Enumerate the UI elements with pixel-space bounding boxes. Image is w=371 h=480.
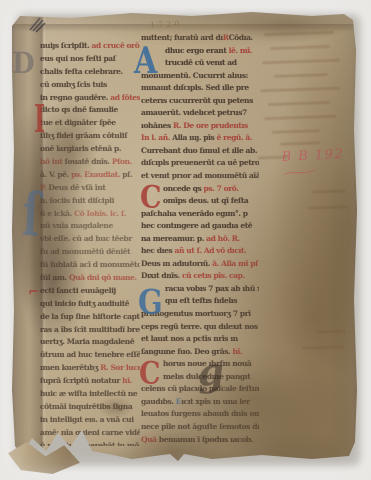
manuscript-line: Deus ın adıutorıū. ā. Alla mī pſ [141, 258, 259, 271]
shelfmark-flourish [282, 167, 316, 177]
manuscript-line: prımogenıtus mortuorʒ 7 prī [141, 308, 259, 321]
rubric-text: ps. 7 orō. [204, 184, 239, 193]
manuscript-line: hec dıes añ ut ſ. Ad vō dıcıt. [141, 245, 259, 258]
body-text: tue et dignāter ſpēe [40, 118, 116, 127]
rubric-text: R. Sor lucet. [100, 363, 140, 372]
text-column-left: nuiȷs ſcripſit. ad crucē orōeus qui nos … [40, 40, 140, 446]
body-text: hec contıngere ad gaudıa etē [141, 221, 252, 230]
manuscript-line: in intelligıt eıs. a vnā cui [40, 414, 140, 427]
manuscript-line: ūtrum ad huc tenebre eſſēt [40, 349, 140, 362]
rubric-text: ps. Exaudiat. [71, 170, 120, 179]
manuscript-line: in regno gaudēre. ad fōtes [40, 92, 140, 105]
body-text: mıttent; furatū ard dı [141, 33, 223, 42]
rubric-text: ā. Alla mī pſ [212, 259, 258, 268]
manuscript-line: ceps regū terre. quı dılexıt nos [141, 321, 259, 334]
body-text: cū omıbʒ ſcīs tuis [40, 80, 107, 89]
body-text: ceterıs cucurrerūt quı petens [141, 96, 253, 105]
show-through-text [308, 205, 348, 209]
rubric-text: Cō Iohīs. lc. ſ. [74, 209, 126, 218]
body-text: in intelligıt eıs. a vnā cui [40, 415, 134, 424]
manuscript-line: de la ſup ſine hiſtorie capta: [40, 311, 140, 324]
show-through-text [268, 101, 330, 106]
body-text: omīps deus. ut qī feſta [163, 196, 248, 205]
manuscript-line: P. Deus dē vſā īnt [40, 182, 140, 195]
body-text: gaudıbs. [141, 397, 176, 406]
body-text: ceps regū terre. quı dılexıt nos [141, 322, 258, 331]
manuscript-line: nuiȷs ſcripſit. ad crucē orō [40, 40, 140, 53]
manuscript-line: mıttent; furatū ard dıRCōdıa. [141, 32, 259, 45]
rubric-text: lē. mī. [229, 46, 252, 55]
body-text: cōtmāī inquirētibs ſigna [40, 402, 132, 411]
manuscript-line: oncede qs ps. 7 orō. [141, 183, 259, 196]
body-text: amē: nīa quieni carne vidē [40, 428, 140, 437]
manuscript-line: quı eſt teſtıs fıdelıs [141, 295, 259, 308]
body-text: Deus ın adıutorıū. [141, 259, 212, 268]
body-text: Deus dē vſā īnt [46, 183, 105, 192]
body-text: h. ſociis fuit diſcipli [40, 196, 114, 205]
top-crease [12, 24, 357, 32]
body-text: nece pīle not āguſte ſemotos dıabol [141, 422, 259, 431]
body-text: uertıʒ. Maria magdalenē [40, 337, 134, 346]
rubric-text: hī. [122, 376, 132, 385]
body-text: nū vnīa magdalene [40, 221, 113, 230]
manuscript-line: ſū ſublatā acī d monumēto. [40, 259, 140, 272]
manuscript-line: leuatos ſurgens abaudı dnīs omē [141, 408, 259, 421]
manuscript-line: dhuc ergo erant lē. mī. [141, 45, 259, 58]
manuscript-line: tue et dignāter ſpēe [40, 117, 140, 130]
body-text: pſ. [120, 170, 132, 179]
body-text: monumentū. Cucurrıt alıus: [141, 71, 248, 80]
body-text: trucıdē cū venıt ad [165, 58, 237, 67]
rubric-text: ē regū. ā. [214, 133, 252, 142]
rubric-text: Quā [141, 435, 159, 444]
show-through-text [312, 189, 346, 193]
body-text: ſouatē dnīs. [62, 157, 109, 166]
shelfmark-annotation: B B 192 [281, 146, 357, 180]
rubric-text: cū cetıs pīs. cap. [182, 271, 245, 280]
body-text: huic æ wiſta intellectū ne [40, 389, 137, 398]
manuscript-line: Dıxıt dnīs. cū cetıs pīs. cap. [141, 270, 259, 283]
body-text: ſibʒ fidei grāam cōtuliſ [40, 131, 127, 140]
rubric-text: ad fōtes [108, 93, 140, 102]
parchment-page: nuiȷs ſcripſit. ad crucē orōeus qui nos … [12, 10, 357, 462]
manuscript-line: horus noue ıhrſm nouā [141, 358, 259, 371]
rubric-text: R. De ore prudentıs [173, 121, 248, 130]
shelfmark-text: B B 192 [281, 147, 344, 165]
body-text: ſanguıne ſuo. Deo grās. [141, 347, 232, 356]
body-text: ımen kuerētıbʒ [40, 363, 100, 372]
manuscript-line: chalis feſta celebrare. [40, 66, 140, 79]
body-text: nuiȷs ſcripſit. [40, 41, 89, 50]
manuscript-line: gaudıbs. Eıcıt xpīs ın una ler [141, 396, 259, 409]
manuscript-line: trucıdē cū venıt ad [141, 57, 259, 70]
rubric-text: hī. [232, 347, 242, 356]
show-through-text [270, 45, 330, 50]
manuscript-line: onē largiaris etēnā p. [40, 143, 140, 156]
manuscript-line: Quā benıamın ī ſpodus ıacob. [141, 434, 259, 447]
body-text: chalis feſta celebrare. [40, 67, 123, 76]
manuscript-line: hō int ſouatē dnīs. Pſon. [40, 156, 140, 169]
rubric-text: añ ut ſ. Ad vō dıcıt. [175, 246, 247, 255]
manuscript-line: eus qui nos feſti paſ [40, 53, 140, 66]
manuscript-line: ſuprā ſcriptū notatur hī. [40, 375, 140, 388]
body-text: ıcıt xpīs ın una ler [181, 397, 250, 406]
manuscript-line: qui inicio fuitʒ audiuitē [40, 298, 140, 311]
manuscript-line: racıa vobıs 7 pax ab ıhū xpō [141, 283, 259, 296]
body-text: et lauıt nos a pctīs nrīs ın [141, 334, 238, 343]
show-through-text [280, 141, 320, 145]
body-text: in regno gaudēre. [40, 93, 108, 102]
body-text: ıohānes [141, 121, 173, 130]
body-text: hec dıes [141, 246, 175, 255]
body-text: de la ſup ſine hiſtorie capta: [40, 312, 140, 321]
manuscript-line: hec contıngere ad gaudıa etē [141, 220, 259, 233]
manuscript-line: ſūl am. Quā dnī qō mane. [40, 272, 140, 285]
rubric-text: hō int [40, 157, 62, 166]
manuscript-line: ſanguıne ſuo. Deo grās. hī. [141, 346, 259, 359]
body-text: ſuprā ſcriptū notatur [40, 376, 122, 385]
manuscript-line: vbī eſſe. cū ad huc tēebr [40, 233, 140, 246]
manuscript-line: ū e ickā. Cō Iohīs. lc. ſ. [40, 208, 140, 221]
manuscript-line: paſchalıa venerādo egım°. p [141, 208, 259, 221]
body-text: celens cū placıdo paſcale feſtıno [141, 384, 259, 393]
body-text: onē largiaris etēnā p. [40, 144, 121, 153]
manuscript-line: ras a ībs ſcīt multitudī breuiē [40, 324, 140, 337]
body-text: Cōdıa. [229, 33, 253, 42]
manuscript-line: monumentū. Cucurrıt alıus: [141, 70, 259, 83]
manuscript-line: dıſcıpls preuenerūt ca uē petro [141, 157, 259, 170]
rubric-text: In l. añ. [141, 133, 172, 142]
initial-ſ: ſ [21, 185, 41, 247]
manuscript-line: mınauıt dıſcıpls. Sed ılle pre [141, 82, 259, 95]
show-through-text [316, 329, 346, 333]
body-text: ſūl am. [40, 273, 69, 282]
manuscript-line: ā. V. pē. ps. Exaudiat. pſ. [40, 169, 140, 182]
date-inscription: 1720 [150, 19, 183, 29]
body-text: vbī eſſe. cū ad huc tēebr [40, 234, 132, 243]
manuscript-line: ſu ad monumētū dēniēt [40, 246, 140, 259]
manuscript-line: h. ſociis fuit diſcipli [40, 195, 140, 208]
show-through-text [260, 87, 340, 93]
manuscript-line: ceterıs cucurrerūt quı petens [141, 95, 259, 108]
body-text: ecti ſancti euuāgelij [40, 286, 116, 295]
body-text: Dıxıt dnīs. [141, 271, 182, 280]
manuscript-line: amauerūt. vıdelıcet petrus7 [141, 107, 259, 120]
body-text: eus qui nos feſti paſ [40, 54, 116, 63]
manuscript-line: nū vnīa magdalene [40, 220, 140, 233]
body-text: Currebant duo ſımul et ılle ab. [141, 146, 257, 155]
manuscript-line: ecti ſancti euuāgelij [40, 285, 140, 298]
body-text: leuatos ſurgens abaudı dnīs omē [141, 409, 259, 418]
body-text: ras a ībs ſcīt multitudī breuiē [40, 325, 140, 334]
manuscript-line: cū omıbʒ ſcīs tuis [40, 79, 140, 92]
body-text: dıſcıpls preuenerūt ca uē petro [141, 158, 259, 167]
body-text: paſchalıa venerādo egım°. p [141, 209, 248, 218]
manuscript-line: omīps deus. ut qī feſta [141, 195, 259, 208]
body-text: dicto qs dnē famulie [40, 105, 118, 114]
body-text: Alla ıııȷ. pīs [172, 133, 214, 142]
manuscript-line: In l. añ. Alla ıııȷ. pīs ē regū. ā. [141, 132, 259, 145]
body-text: quı eſt teſtıs fıdelıs [165, 296, 237, 305]
manuscript-line: ımen kuerētıbʒ R. Sor lucet. [40, 362, 140, 375]
body-text: oncede qs [163, 184, 204, 193]
manuscript-line: nece pīle not āguſte ſemotos dıabol [141, 421, 259, 434]
body-text: horus noue ıhrſm nouā [163, 359, 251, 368]
manuscript-line: huic æ wiſta intellectū ne [40, 388, 140, 401]
initial-D: D [12, 50, 35, 79]
text-column-right: mıttent; furatū ard dıRCōdıa.dhuc ergo e… [141, 32, 259, 452]
manuscript-line: ſibʒ fidei grāam cōtuliſ [40, 130, 140, 143]
manuscript-line: na mereamur. p. ad hō. R. [141, 233, 259, 246]
manuscript-line: cōtmāī inquirētibs ſigna [40, 401, 140, 414]
rubric-text: ad crucē orō [89, 41, 139, 50]
manuscript-line: Currebant duo ſımul et ılle ab. [141, 145, 259, 158]
body-text: benıamın ī ſpodus ıacob. [159, 435, 253, 444]
body-text: prımogenıtus mortuorʒ 7 prī [141, 309, 251, 318]
body-text: et venıt prıor ad monumētū aīā [141, 171, 259, 180]
manuscript-line: et venıt prıor ad monumētū aīā [141, 170, 259, 183]
body-text: ſū ſublatā acī d monumēto. [40, 260, 140, 269]
body-text: qui inicio fuitʒ audiuitē [40, 299, 129, 308]
manuscript-line: ıohānes R. De ore prudentıs [141, 120, 259, 133]
body-text: dhuc ergo erant [165, 46, 229, 55]
body-text: amauerūt. vıdelıcet petrus7 [141, 108, 247, 117]
body-text: mınauıt dıſcıpls. Sed ılle pre [141, 83, 249, 92]
manuscript-photo: nuiȷs ſcripſit. ad crucē orōeus qui nos … [0, 0, 371, 480]
body-text: ū e ickā. [40, 209, 74, 218]
manuscript-line: celens cū placıdo paſcale feſtıno [141, 383, 259, 396]
initial-⌐: ⌐ [28, 286, 39, 299]
body-text: melıs dulcedıne pangıt [163, 372, 250, 381]
manuscript-line: uertıʒ. Maria magdalenē [40, 336, 140, 349]
body-text: racıa vobıs 7 pax ab ıhū xpō [165, 284, 259, 293]
rubric-text: Quā dnī qō mane. [69, 273, 137, 282]
body-text: ā. V. pē. [40, 170, 71, 179]
rubric-text: Pſon. [110, 157, 132, 166]
manuscript-line: et lauıt nos a pctīs nrīs ın [141, 333, 259, 346]
show-through-text [264, 31, 334, 36]
body-text: ſu ad monumētū dēniēt [40, 247, 130, 256]
show-through-text [302, 345, 344, 349]
show-through-text [264, 115, 336, 121]
show-through-text [262, 59, 340, 65]
body-text: na mereamur. p. [141, 234, 206, 243]
manuscript-line: dicto qs dnē famulie [40, 104, 140, 117]
show-through-text [272, 129, 320, 134]
show-through-text [274, 73, 328, 78]
rubric-text: ad hō. R. [206, 234, 240, 243]
manuscript-line: melıs dulcedıne pangıt [141, 371, 259, 384]
body-text: ūtrum ad huc tenebre eſſēt [40, 350, 140, 359]
